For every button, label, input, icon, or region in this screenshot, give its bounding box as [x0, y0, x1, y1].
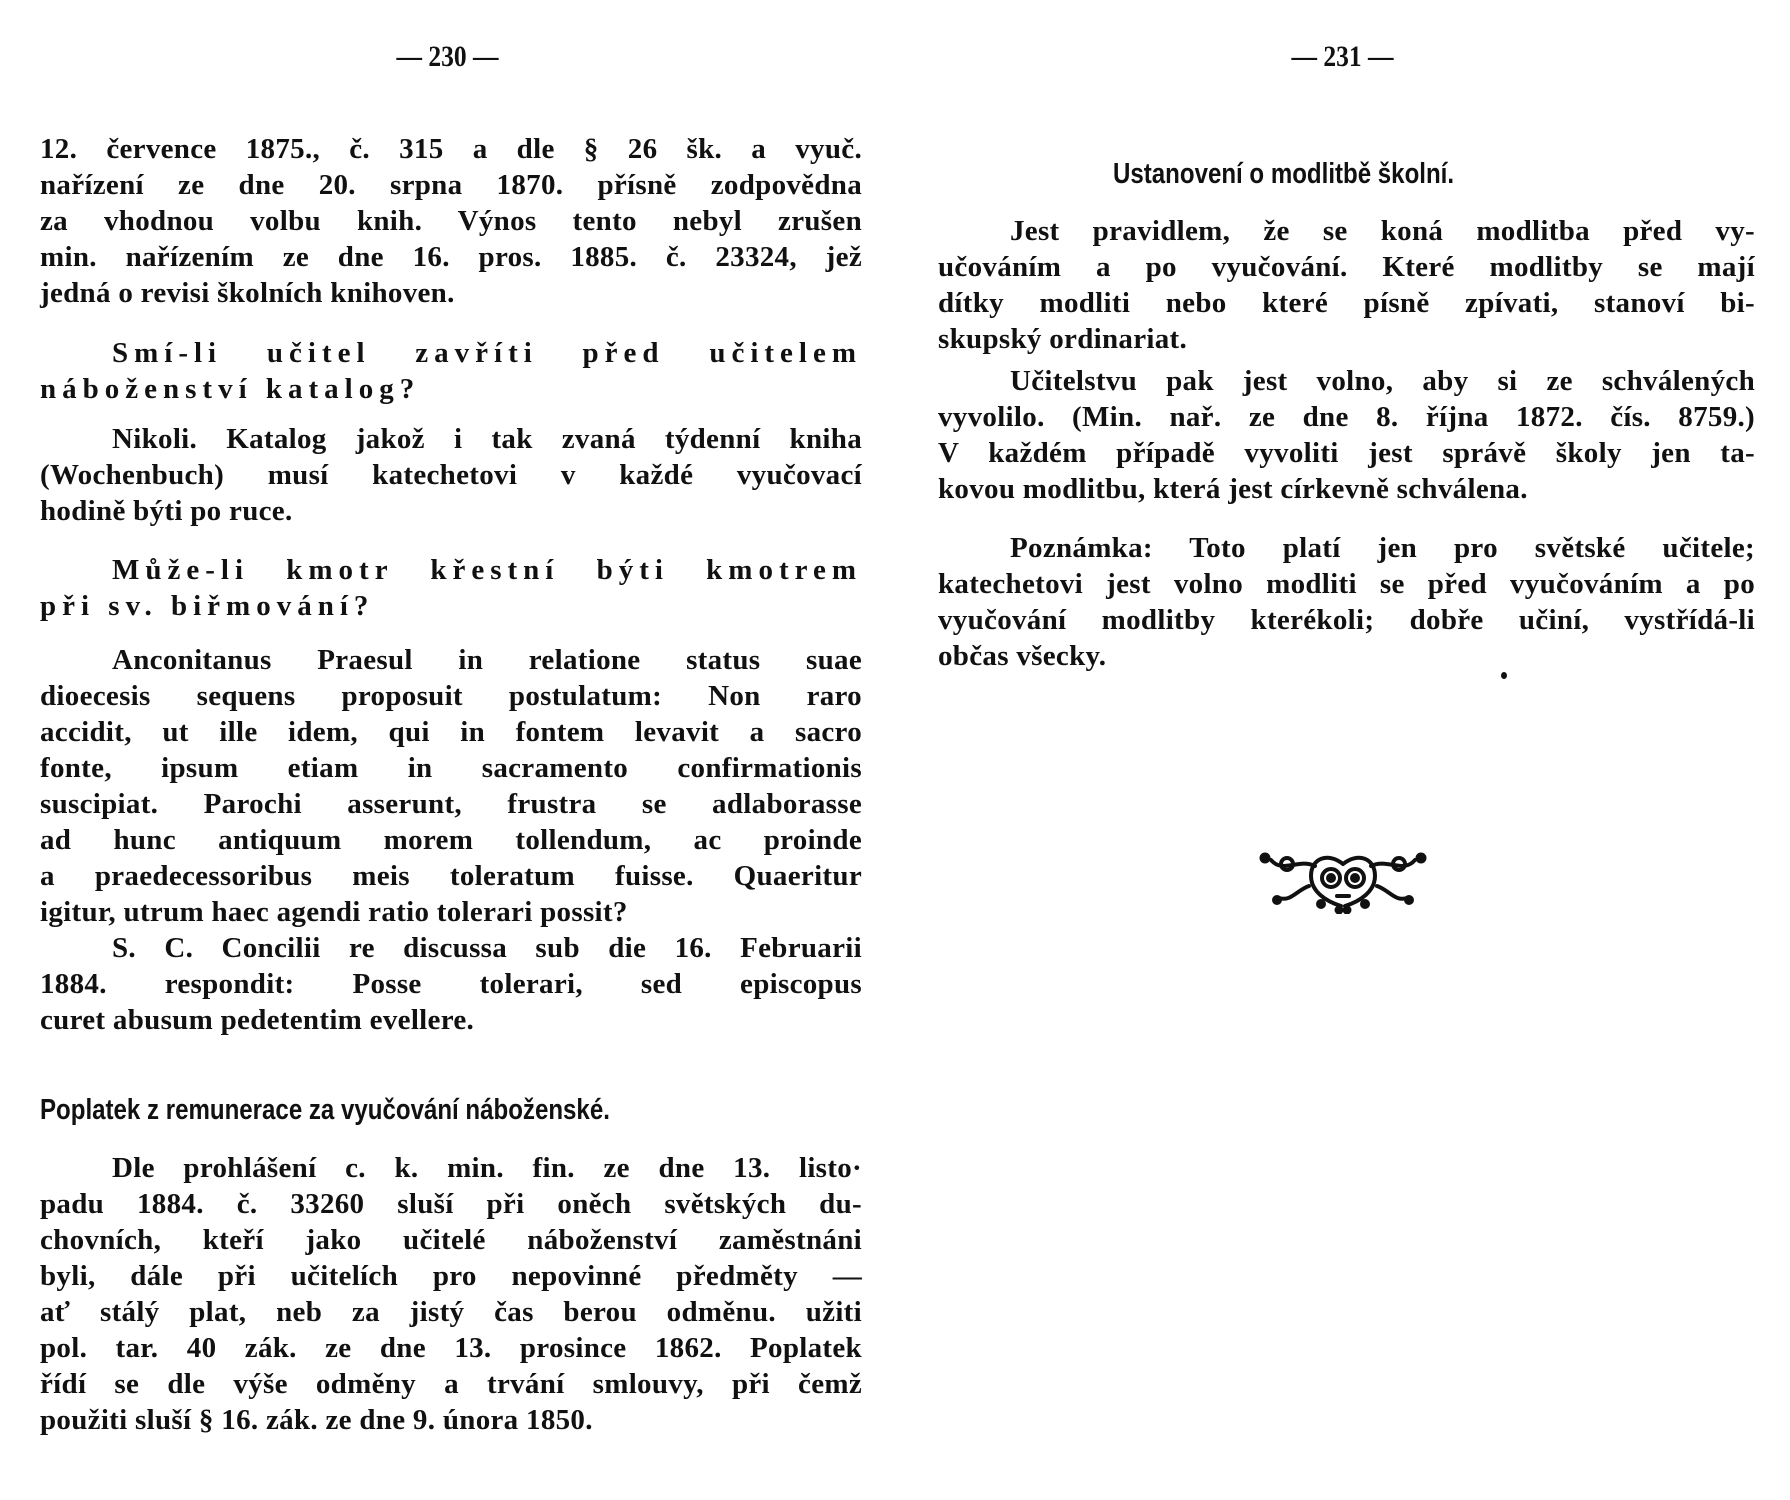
text-line: řídí se dle výše odměny a trvání smlouvy… [40, 1366, 862, 1402]
page-number: — 231 — [962, 40, 1723, 74]
text-line: S. C. Concilii re discussa sub die 16. F… [112, 930, 862, 966]
text-line: Dle prohlášení c. k. min. fin. ze dne 13… [112, 1150, 862, 1186]
text-line: za vhodnou volbu knih. Výnos tento nebyl… [40, 203, 862, 239]
text-line: igitur, utrum haec agendi ratio tolerari… [40, 894, 628, 930]
text-line: Nikoli. Katalog jakož i tak zvaná týdenn… [112, 421, 862, 457]
text-line: kovou modlitbu, která jest církevně schv… [938, 471, 1528, 507]
text-line: curet abusum pedetentim evellere. [40, 1002, 474, 1038]
text-line: dioecesis sequens proposuit postulatum: … [40, 678, 862, 714]
text-line: ať stálý plat, neb za jistý čas berou od… [40, 1294, 862, 1330]
text-line: Anconitanus Praesul in relatione status … [112, 642, 862, 678]
note-line: Poznámka: Toto platí jen pro světské uči… [1010, 530, 1755, 566]
text-line: chovních, kteří jako učitelé náboženství… [40, 1222, 862, 1258]
right-page: — 231 — Ustanovení o modlitbě školní. Je… [895, 0, 1790, 1500]
text-line: hodině býti po ruce. [40, 493, 293, 529]
floral-ornament-icon [1253, 846, 1433, 914]
text-line: jedná o revisi školních knihoven. [40, 275, 455, 311]
text-line: padu 1884. č. 33260 sluší při oněch svět… [40, 1186, 862, 1222]
text-line: suscipiat. Parochi asserunt, frustra se … [40, 786, 862, 822]
question-heading: při sv. biřmování? [40, 588, 374, 624]
text-line: Učitelstvu pak jest volno, aby si ze sch… [1010, 363, 1755, 399]
text-line: a praedecessoribus meis toleratum fuisse… [40, 858, 862, 894]
left-page: — 230 — 12. července 1875., č. 315 a dle… [0, 0, 895, 1500]
text-line: accidit, ut ille idem, qui in fontem lev… [40, 714, 862, 750]
text-line: nařízení ze dne 20. srpna 1870. přísně z… [40, 167, 862, 203]
page-number: — 230 — [67, 40, 828, 74]
text-line: Jest pravidlem, že se koná modlitba před… [1010, 213, 1755, 249]
text-line: ad hunc antiquum morem tollendum, ac pro… [40, 822, 862, 858]
note-line: katechetovi jest volno modliti se před v… [938, 566, 1755, 602]
text-line: použiti sluší § 16. zák. ze dne 9. února… [40, 1402, 593, 1438]
text-line: skupský ordinariat. [938, 321, 1187, 357]
text-line: min. nařízením ze dne 16. pros. 1885. č.… [40, 239, 862, 275]
text-line: učováním a po vyučování. Které modlitby … [938, 249, 1755, 285]
section-heading: Poplatek z remunerace za vyučování nábož… [40, 1092, 610, 1128]
text-line: pol. tar. 40 zák. ze dne 13. prosince 18… [40, 1330, 862, 1366]
text-line: 1884. respondit: Posse tolerari, sed epi… [40, 966, 862, 1002]
note-line: občas všecky. [938, 638, 1106, 674]
section-heading: Ustanovení o modlitbě školní. [1113, 156, 1454, 192]
text-line: V každém případě vyvoliti jest správě šk… [938, 435, 1755, 471]
text-line: (Wochenbuch) musí katechetovi v každé vy… [40, 457, 862, 493]
ink-speck [1501, 672, 1507, 679]
text-line: dítky modliti nebo které písně zpívati, … [938, 285, 1755, 321]
question-heading: Smí-li učitel zavříti před učitelem [112, 335, 862, 371]
text-line: vyvolilo. (Min. nař. ze dne 8. října 187… [938, 399, 1755, 435]
text-line: fonte, ipsum etiam in sacramento confirm… [40, 750, 862, 786]
text-line: byli, dále při učitelích pro nepovinné p… [40, 1258, 862, 1294]
question-heading: náboženství katalog? [40, 371, 420, 407]
text-line: 12. července 1875., č. 315 a dle § 26 šk… [40, 131, 862, 167]
question-heading: Může-li kmotr křestní býti kmotrem [112, 552, 862, 588]
note-line: vyučování modlitby kterékoli; dobře učin… [938, 602, 1755, 638]
